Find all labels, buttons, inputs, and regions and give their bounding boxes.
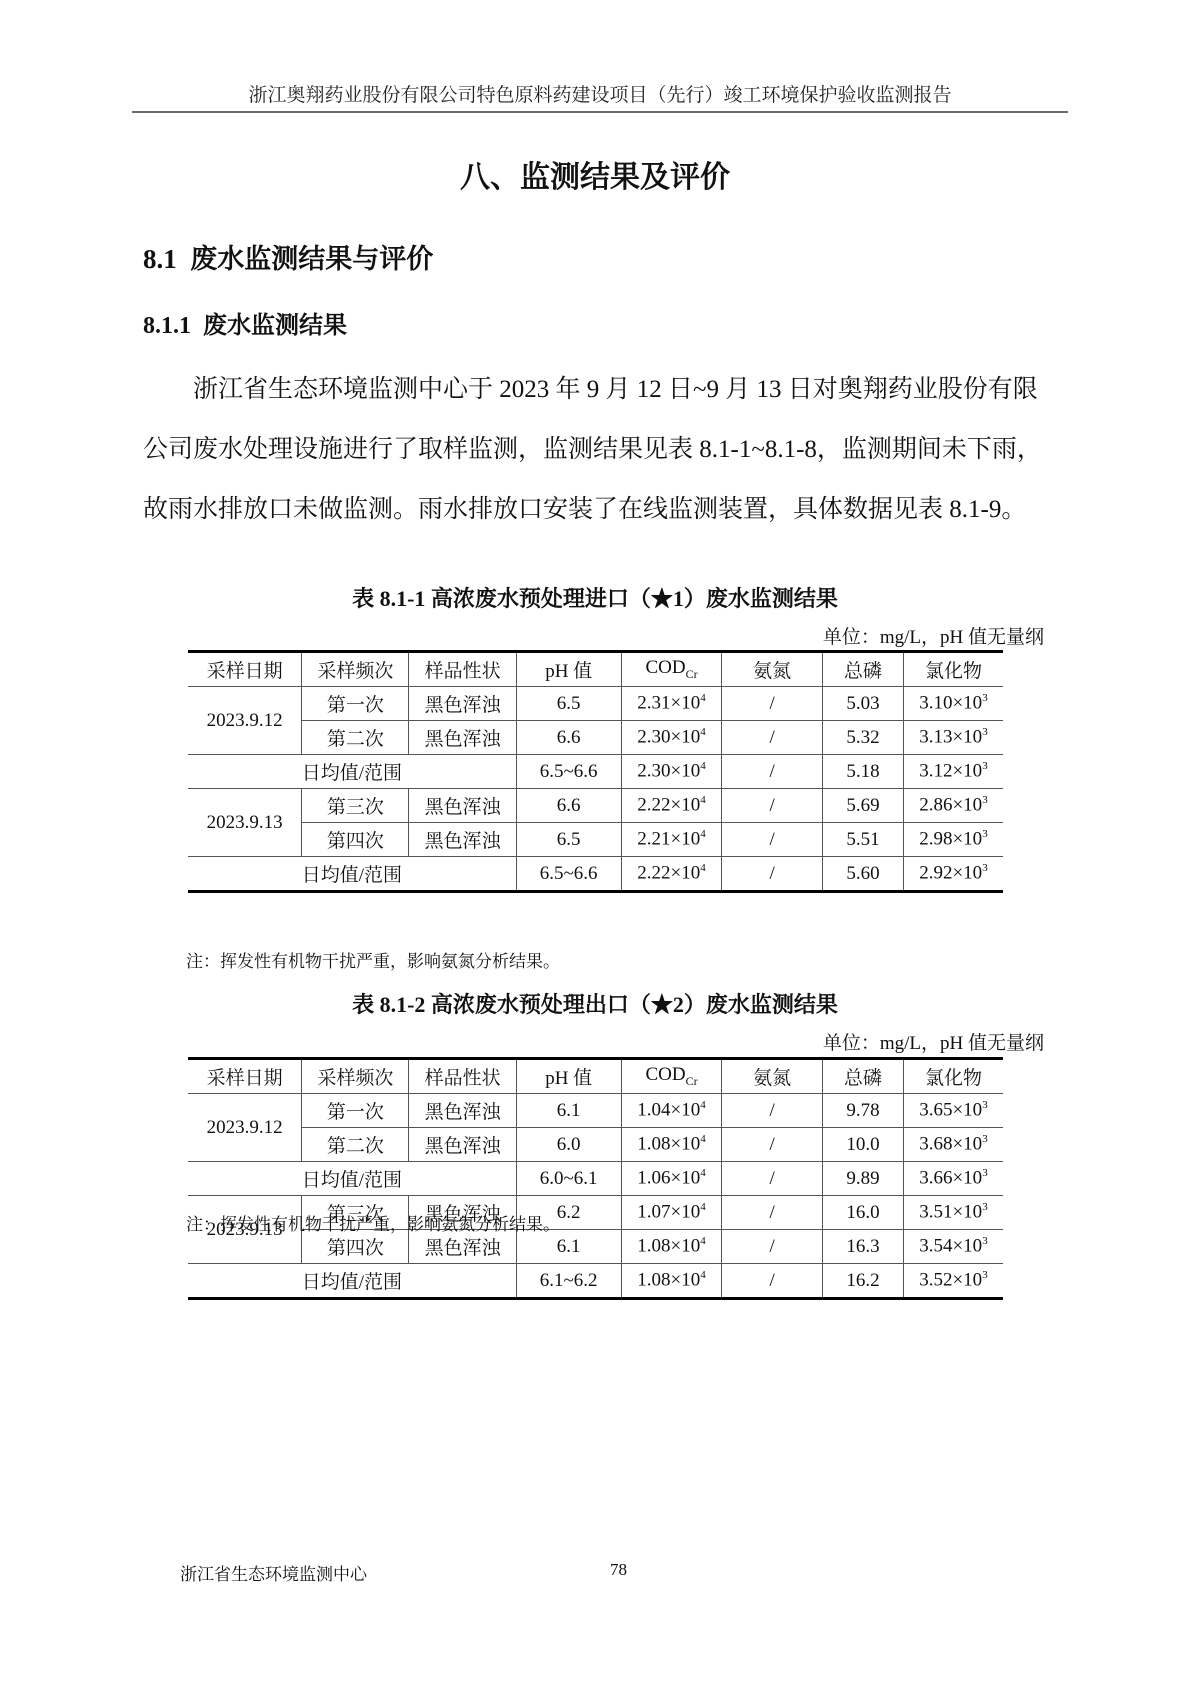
column-header: pH 值 bbox=[516, 652, 621, 687]
table-row-average: 日均值/范围 6.0~6.1 1.06×104 / 9.89 3.66×103 bbox=[188, 1162, 1003, 1196]
column-header: 采样频次 bbox=[302, 652, 409, 687]
date-cell: 2023.9.12 bbox=[188, 1094, 302, 1162]
column-header: 氯化物 bbox=[903, 652, 1003, 687]
table-caption: 表 8.1-2 高浓废水预处理出口（★2）废水监测结果 bbox=[0, 988, 1190, 1019]
subsection-heading: 8.1.1 废水监测结果 bbox=[143, 305, 347, 340]
column-header: CODCr bbox=[621, 1059, 722, 1094]
section-number: 8.1 bbox=[143, 244, 177, 274]
header-rule bbox=[132, 111, 1068, 113]
table-unit: 单位：mg/L，pH 值无量纲 bbox=[823, 622, 1044, 649]
column-header: 样品性状 bbox=[409, 652, 516, 687]
footer-organization: 浙江省生态环境监测中心 bbox=[180, 1560, 367, 1585]
column-header: pH 值 bbox=[516, 1059, 621, 1094]
data-table: 采样日期 采样频次 样品性状 pH 值 CODCr 氨氮 总磷 氯化物 2023… bbox=[188, 1057, 1003, 1300]
table-caption: 表 8.1-1 高浓废水预处理进口（★1）废水监测结果 bbox=[0, 582, 1190, 613]
table-header-row: 采样日期 采样频次 样品性状 pH 值 CODCr 氨氮 总磷 氯化物 bbox=[188, 652, 1003, 687]
chapter-title: 八、监测结果及评价 bbox=[0, 152, 1190, 196]
column-header: 总磷 bbox=[822, 1059, 903, 1094]
column-header: 采样日期 bbox=[188, 1059, 302, 1094]
section-heading: 8.1 废水监测结果与评价 bbox=[143, 237, 433, 276]
paragraph-text: 浙江省生态环境监测中心于 2023 年 9 月 12 日~9 月 13 日对奥翔… bbox=[143, 376, 1042, 523]
column-header: 采样频次 bbox=[302, 1059, 409, 1094]
table-row: 2023.9.12 第一次 黑色浑浊 6.1 1.04×104 / 9.78 3… bbox=[188, 1094, 1003, 1128]
column-header: 氯化物 bbox=[903, 1059, 1003, 1094]
page-number: 78 bbox=[610, 1560, 627, 1580]
table-row: 第二次 黑色浑浊 6.6 2.30×104 / 5.32 3.13×103 bbox=[188, 721, 1003, 755]
section-title: 废水监测结果与评价 bbox=[190, 244, 433, 274]
table-row-average: 日均值/范围 6.5~6.6 2.30×104 / 5.18 3.12×103 bbox=[188, 755, 1003, 789]
column-header: 总磷 bbox=[822, 652, 903, 687]
column-header: CODCr bbox=[621, 652, 722, 687]
column-header: 氨氮 bbox=[722, 1059, 823, 1094]
data-table: 采样日期 采样频次 样品性状 pH 值 CODCr 氨氮 总磷 氯化物 2023… bbox=[188, 650, 1003, 893]
table-row: 2023.9.13 第三次 黑色浑浊 6.6 2.22×104 / 5.69 2… bbox=[188, 789, 1003, 823]
subsection-title: 废水监测结果 bbox=[203, 313, 347, 339]
table-row-average: 日均值/范围 6.5~6.6 2.22×104 / 5.60 2.92×103 bbox=[188, 857, 1003, 892]
date-cell: 2023.9.13 bbox=[188, 789, 302, 857]
date-cell: 2023.9.12 bbox=[188, 687, 302, 755]
table-unit: 单位：mg/L，pH 值无量纲 bbox=[823, 1028, 1044, 1055]
body-paragraph: 浙江省生态环境监测中心于 2023 年 9 月 12 日~9 月 13 日对奥翔… bbox=[143, 360, 1043, 540]
table-row-average: 日均值/范围 6.1~6.2 1.08×104 / 16.2 3.52×103 bbox=[188, 1264, 1003, 1299]
column-header: 氨氮 bbox=[722, 652, 823, 687]
table-row: 第二次 黑色浑浊 6.0 1.08×104 / 10.0 3.68×103 bbox=[188, 1128, 1003, 1162]
column-header: 样品性状 bbox=[409, 1059, 516, 1094]
running-header: 浙江奥翔药业股份有限公司特色原料药建设项目（先行）竣工环境保护验收监测报告 bbox=[132, 80, 1068, 107]
table-row: 2023.9.12 第一次 黑色浑浊 6.5 2.31×104 / 5.03 3… bbox=[188, 687, 1003, 721]
subsection-number: 8.1.1 bbox=[143, 313, 191, 339]
table-note: 注：挥发性有机物干扰严重，影响氨氮分析结果。 bbox=[186, 1210, 560, 1235]
table-note: 注：挥发性有机物干扰严重，影响氨氮分析结果。 bbox=[186, 947, 560, 972]
table-header-row: 采样日期 采样频次 样品性状 pH 值 CODCr 氨氮 总磷 氯化物 bbox=[188, 1059, 1003, 1094]
table-row: 第四次 黑色浑浊 6.5 2.21×104 / 5.51 2.98×103 bbox=[188, 823, 1003, 857]
column-header: 采样日期 bbox=[188, 652, 302, 687]
